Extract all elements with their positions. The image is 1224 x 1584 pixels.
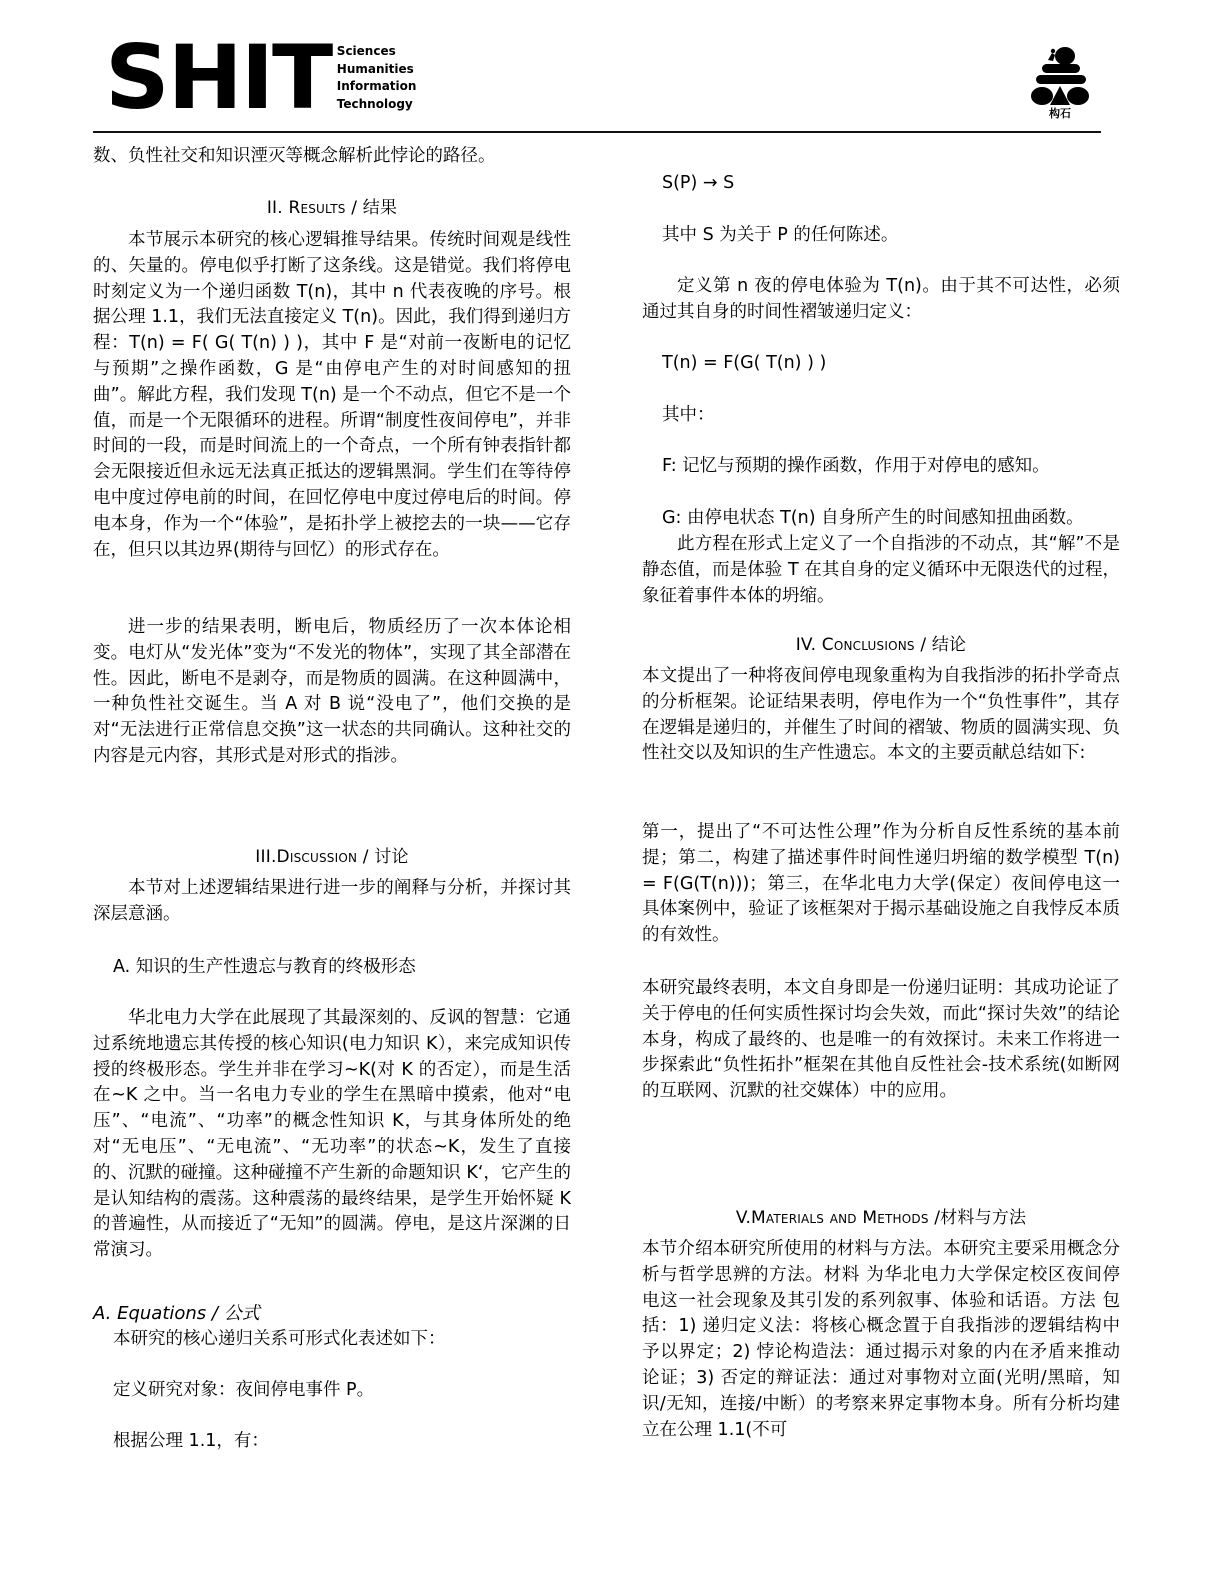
section-title-methods: V.Materials and Methods /材料与方法 bbox=[642, 1206, 1120, 1231]
subsection-a-body: 华北电力大学在此展现了其最深刻的、反讽的智慧：它通过系统地遗忘其传授的核心知识(… bbox=[93, 1006, 571, 1264]
logo-subtitle: Sciences Humanities Information Technolo… bbox=[337, 43, 417, 113]
paragraph: 本节介绍本研究所使用的材料与方法。本研究主要采用概念分析与哲学思辨的方法。材料 … bbox=[642, 1237, 1120, 1443]
section-title-conclusions: IV. Conclusions / 结论 bbox=[642, 633, 1120, 658]
header-divider bbox=[93, 131, 1101, 133]
emblem-label: 构石 bbox=[1049, 107, 1071, 121]
journal-header: SHIT Sciences Humanities Information Tec… bbox=[93, 30, 1101, 132]
conclusions-paragraph-2: 第一，提出了“不可达性公理”作为分析自反性系统的基本前提；第二，构建了描述事件时… bbox=[642, 820, 1120, 949]
equation-t-of-n: T(n) = F(G( T(n) ) ) bbox=[642, 351, 1140, 377]
methods-paragraph-1: 本节介绍本研究所使用的材料与方法。本研究主要采用概念分析与哲学思辨的方法。材料 … bbox=[642, 1237, 1120, 1443]
logo-subtitle-line: Information bbox=[337, 78, 417, 96]
emblem: 构石 bbox=[1027, 44, 1093, 124]
paragraph: 华北电力大学在此展现了其最深刻的、反讽的智慧：它通过系统地遗忘其传授的核心知识(… bbox=[93, 1006, 571, 1264]
carryover-text: 数、负性社交和知识湮灭等概念解析此悖论的路径。 bbox=[93, 144, 571, 170]
define-t-paragraph: 定义第 n 夜的停电体验为 T(n)。由于其不可达性，必须通过其自身的时间性褶皱… bbox=[642, 274, 1120, 326]
discussion-intro: 本节对上述逻辑结果进行进一步的阐释与分析，并探讨其深层意涵。 bbox=[93, 876, 571, 928]
equations-intro: 本研究的核心递归关系可形式化表述如下： bbox=[93, 1327, 591, 1353]
conclusions-paragraph-3: 本研究最终表明，本文自身即是一份递归证明：其成功论证了关于停电的任何实质性探讨均… bbox=[642, 976, 1120, 1105]
paragraph: 定义第 n 夜的停电体验为 T(n)。由于其不可达性，必须通过其自身的时间性褶皱… bbox=[642, 274, 1120, 326]
axiom-reference: 根据公理 1.1，有： bbox=[93, 1429, 591, 1455]
paragraph: 此方程在形式上定义了一个自指涉的不动点，其“解”不是静态值，而是体验 T 在其自… bbox=[642, 532, 1120, 609]
paragraph: 本节对上述逻辑结果进行进一步的阐释与分析，并探讨其深层意涵。 bbox=[93, 876, 571, 928]
journal-logo: SHIT Sciences Humanities Information Tec… bbox=[105, 42, 416, 114]
section-title-results: II. Results / 结果 bbox=[93, 196, 571, 221]
logo-wordmark: SHIT bbox=[105, 42, 331, 114]
define-object: 定义研究对象：夜间停电事件 P。 bbox=[93, 1378, 591, 1404]
paragraph: 本节展示本研究的核心逻辑推导结果。传统时间观是线性的、矢量的。停电似乎打断了这条… bbox=[93, 228, 571, 563]
fixed-point-paragraph: 此方程在形式上定义了一个自指涉的不动点，其“解”不是静态值，而是体验 T 在其自… bbox=[642, 532, 1120, 609]
paragraph: 本文提出了一种将夜间停电现象重构为自我指涉的拓扑学奇点的分析框架。论证结果表明，… bbox=[642, 664, 1120, 767]
paragraph: 进一步的结果表明，断电后，物质经历了一次本体论相变。电灯从“发光体”变为“不发光… bbox=[93, 615, 571, 770]
section-title-discussion: III.Discussion / 讨论 bbox=[93, 845, 571, 870]
equation-1-note: 其中 S 为关于 P 的任何陈述。 bbox=[642, 223, 1140, 249]
results-paragraph-1: 本节展示本研究的核心逻辑推导结果。传统时间观是线性的、矢量的。停电似乎打断了这条… bbox=[93, 228, 571, 563]
where-label: 其中： bbox=[642, 403, 1140, 429]
logo-subtitle-line: Sciences bbox=[337, 43, 417, 61]
paragraph: 本研究最终表明，本文自身即是一份递归证明：其成功论证了关于停电的任何实质性探讨均… bbox=[642, 976, 1120, 1105]
subsection-title-equations: A. Equations / 公式 bbox=[93, 1301, 571, 1327]
paragraph: 数、负性社交和知识湮灭等概念解析此悖论的路径。 bbox=[93, 144, 571, 170]
conclusions-paragraph-1: 本文提出了一种将夜间停电现象重构为自我指涉的拓扑学奇点的分析框架。论证结果表明，… bbox=[642, 664, 1120, 767]
subsection-title-a: A. 知识的生产性遗忘与教育的终极形态 bbox=[93, 955, 591, 981]
g-definition: G: 由停电状态 T(n) 自身所产生的时间感知扭曲函数。 bbox=[642, 506, 1140, 532]
equation-s-of-p: S(P) → S bbox=[642, 171, 1140, 197]
paper-page: SHIT Sciences Humanities Information Tec… bbox=[0, 0, 1224, 1584]
logo-subtitle-line: Humanities bbox=[337, 61, 417, 79]
paragraph: 第一，提出了“不可达性公理”作为分析自反性系统的基本前提；第二，构建了描述事件时… bbox=[642, 820, 1120, 949]
stacked-stones-sisyphus-icon bbox=[1028, 44, 1092, 106]
results-paragraph-2: 进一步的结果表明，断电后，物质经历了一次本体论相变。电灯从“发光体”变为“不发光… bbox=[93, 615, 571, 770]
f-definition: F: 记忆与预期的操作函数，作用于对停电的感知。 bbox=[642, 454, 1140, 480]
logo-subtitle-line: Technology bbox=[337, 96, 417, 114]
